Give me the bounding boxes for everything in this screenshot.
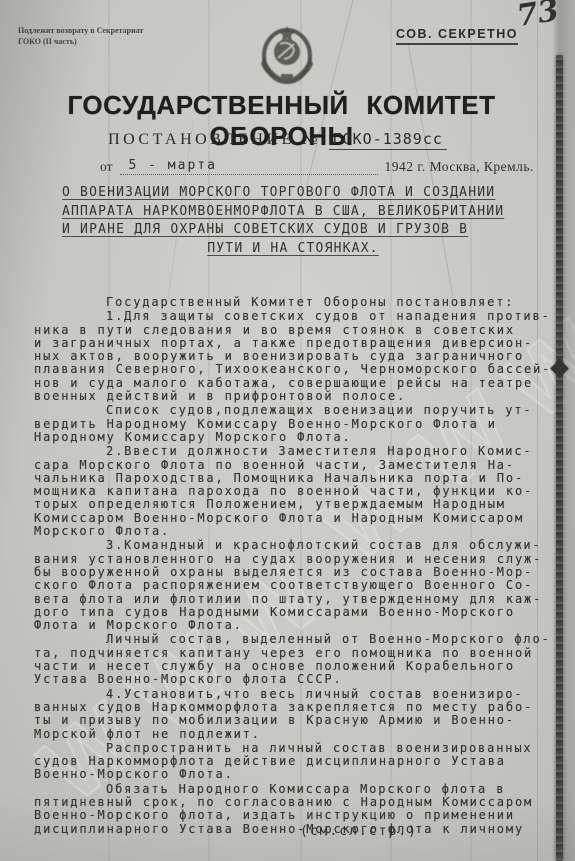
body-paragraph: 1.Для защиты советских судов от нападени… <box>34 310 552 403</box>
ussr-coat-of-arms-icon <box>254 22 320 88</box>
continuation-note: (см.сл.стр.) <box>300 824 418 839</box>
return-stamp: Подлежит возврату в Секретариат ГОКО (II… <box>18 25 203 47</box>
body-paragraph: 2.Ввести должности Заместителя Народного… <box>34 445 552 538</box>
body-paragraph: Государственный Комитет Обороны постанов… <box>34 296 552 309</box>
body-paragraph: 4.Установить,что весь личный состав воен… <box>34 688 552 741</box>
body-paragraph: 3.Командный и краснофлотский состав для … <box>34 539 552 632</box>
decree-subject: О ВОЕНИЗАЦИИ МОРСКОГО ТОРГОВОГО ФЛОТА И … <box>62 184 524 258</box>
decree-type-label: ПОСТАНОВЛЕНИЕ № <box>108 131 321 148</box>
date-typed-value: 5 - марта <box>120 158 378 175</box>
body-paragraph: Личный состав, выделенный от Военно-Морс… <box>34 633 552 686</box>
subject-line: АППАРАТА НАРКОМВОЕНМОРФЛОТА В США, ВЕЛИК… <box>62 203 524 222</box>
return-stamp-line2: ГОКО (II часть) <box>18 36 203 47</box>
date-line: от 5 - марта 1942 г. Москва, Кремль. <box>100 158 534 175</box>
classification-stamp: СОВ. СЕКРЕТНО <box>396 27 518 45</box>
body-paragraph: Распространить на личный состав военизир… <box>34 742 552 782</box>
subject-line: О ВОЕНИЗАЦИИ МОРСКОГО ТОРГОВОГО ФЛОТА И … <box>62 184 524 203</box>
date-year-place: 1942 г. Москва, Кремль. <box>384 159 533 175</box>
document-page: WWW WWW Подлежит возврату в Секретариат … <box>0 0 575 861</box>
return-stamp-line1: Подлежит возврату в Секретариат <box>18 25 203 36</box>
decree-number: ГОКО-1389сс <box>329 130 447 150</box>
date-prefix: от <box>100 159 112 175</box>
body-paragraph: Список судов,подлежащих военизации поруч… <box>34 404 552 444</box>
subject-line: ПУТИ И НА СТОЯНКАХ. <box>62 240 524 259</box>
decree-body: Государственный Комитет Обороны постанов… <box>34 296 552 837</box>
binding-edge <box>556 55 563 861</box>
subject-line: И ИРАНЕ ДЛЯ ОХРАНЫ СОВЕТСКИХ СУДОВ И ГРУ… <box>62 221 524 240</box>
body-paragraph: Обязать Народного Комиссара Морского фло… <box>34 783 552 836</box>
decree-number-line: ПОСТАНОВЛЕНИЕ № ГОКО-1389сс <box>0 130 555 149</box>
